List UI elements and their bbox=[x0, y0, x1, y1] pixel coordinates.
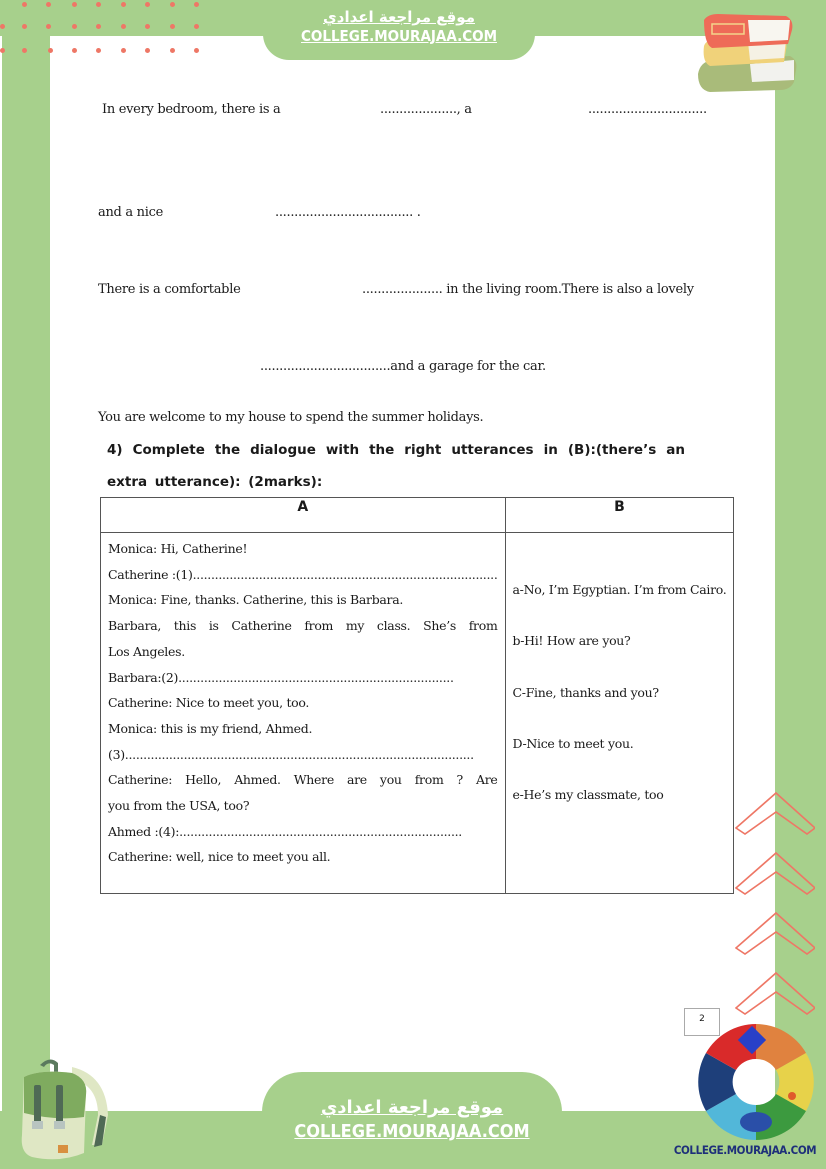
site-name-arabic: موقع مراجعة اعدادي bbox=[263, 8, 535, 26]
question-4-title: 4) Complete the dialogue with the right … bbox=[107, 434, 685, 498]
backpack-icon bbox=[10, 1055, 115, 1165]
closing-sentence: You are welcome to my house to spend the… bbox=[98, 410, 483, 426]
site-name-arabic: موقع مراجعة اعدادي bbox=[262, 1096, 562, 1120]
subjects-wheel-logo-icon bbox=[694, 1020, 818, 1144]
fill-line-3-text: There is a comfortable bbox=[98, 282, 240, 298]
column-a-dialogue: Monica: Hi, Catherine! Catherine :(1)...… bbox=[102, 534, 504, 892]
column-b-header: B bbox=[505, 498, 734, 533]
footer-site-link[interactable]: موقع مراجعة اعدادي COLLEGE.MOURAJAA.COM bbox=[262, 1096, 562, 1144]
dialogue-line: Los Angeles. bbox=[108, 639, 498, 665]
site-url: COLLEGE.MOURAJAA.COM bbox=[262, 1120, 562, 1144]
dialogue-line: Monica: this is my friend, Ahmed. bbox=[108, 716, 498, 742]
chevron-up-decoration-icon bbox=[735, 790, 815, 1030]
fill-blank: ..................... in the living room… bbox=[362, 282, 694, 298]
dialogue-table: A B Monica: Hi, Catherine! Catherine :(1… bbox=[100, 497, 734, 894]
decorative-dots-row bbox=[0, 24, 200, 30]
books-stack-icon bbox=[690, 10, 805, 95]
column-a-header: A bbox=[101, 498, 506, 533]
dialogue-line: Catherine: Hello, Ahmed. Where are you f… bbox=[108, 767, 498, 793]
logo-site-url[interactable]: COLLEGE.MOURAJAA.COM bbox=[665, 1143, 825, 1157]
option-c: C-Fine, thanks and you? bbox=[513, 685, 727, 736]
option-d: D-Nice to meet you. bbox=[513, 736, 727, 787]
dialogue-line: Barbara:(2).............................… bbox=[108, 665, 498, 691]
option-a: a-No, I’m Egyptian. I’m from Cairo. bbox=[513, 582, 727, 633]
dialogue-line: Monica: Fine, thanks. Catherine, this is… bbox=[108, 587, 498, 613]
option-e: e-He’s my classmate, too bbox=[513, 787, 727, 838]
dialogue-line: Barbara, this is Catherine from my class… bbox=[108, 613, 498, 639]
dialogue-line: Catherine: well, nice to meet you all. bbox=[108, 844, 498, 870]
dialogue-line: Ahmed :(4):.............................… bbox=[108, 819, 498, 845]
option-b: b-Hi! How are you? bbox=[513, 633, 727, 684]
fill-blank: .................................... . bbox=[275, 205, 421, 221]
column-b-options: a-No, I’m Egyptian. I’m from Cairo. b-Hi… bbox=[507, 534, 733, 838]
decorative-dots-row bbox=[0, 48, 200, 54]
dialogue-line: Catherine :(1)..........................… bbox=[108, 562, 498, 588]
header-site-link[interactable]: موقع مراجعة اعدادي COLLEGE.MOURAJAA.COM bbox=[263, 8, 535, 46]
decorative-dots-row bbox=[0, 2, 200, 8]
fill-line-2-text: and a nice bbox=[98, 205, 163, 221]
dialogue-line: Catherine: Nice to meet you, too. bbox=[108, 690, 498, 716]
fill-blank: ...................., a bbox=[380, 102, 472, 118]
fill-line-1-text: In every bedroom, there is a bbox=[102, 102, 281, 118]
site-url: COLLEGE.MOURAJAA.COM bbox=[263, 26, 535, 46]
fill-blank: ..................................and a … bbox=[260, 359, 546, 375]
dialogue-line: (3).....................................… bbox=[108, 742, 498, 768]
left-border-strip bbox=[2, 0, 50, 1169]
dialogue-line: Monica: Hi, Catherine! bbox=[108, 536, 498, 562]
dialogue-line: you from the USA, too? bbox=[108, 793, 498, 819]
fill-blank: ............................... bbox=[588, 102, 707, 118]
